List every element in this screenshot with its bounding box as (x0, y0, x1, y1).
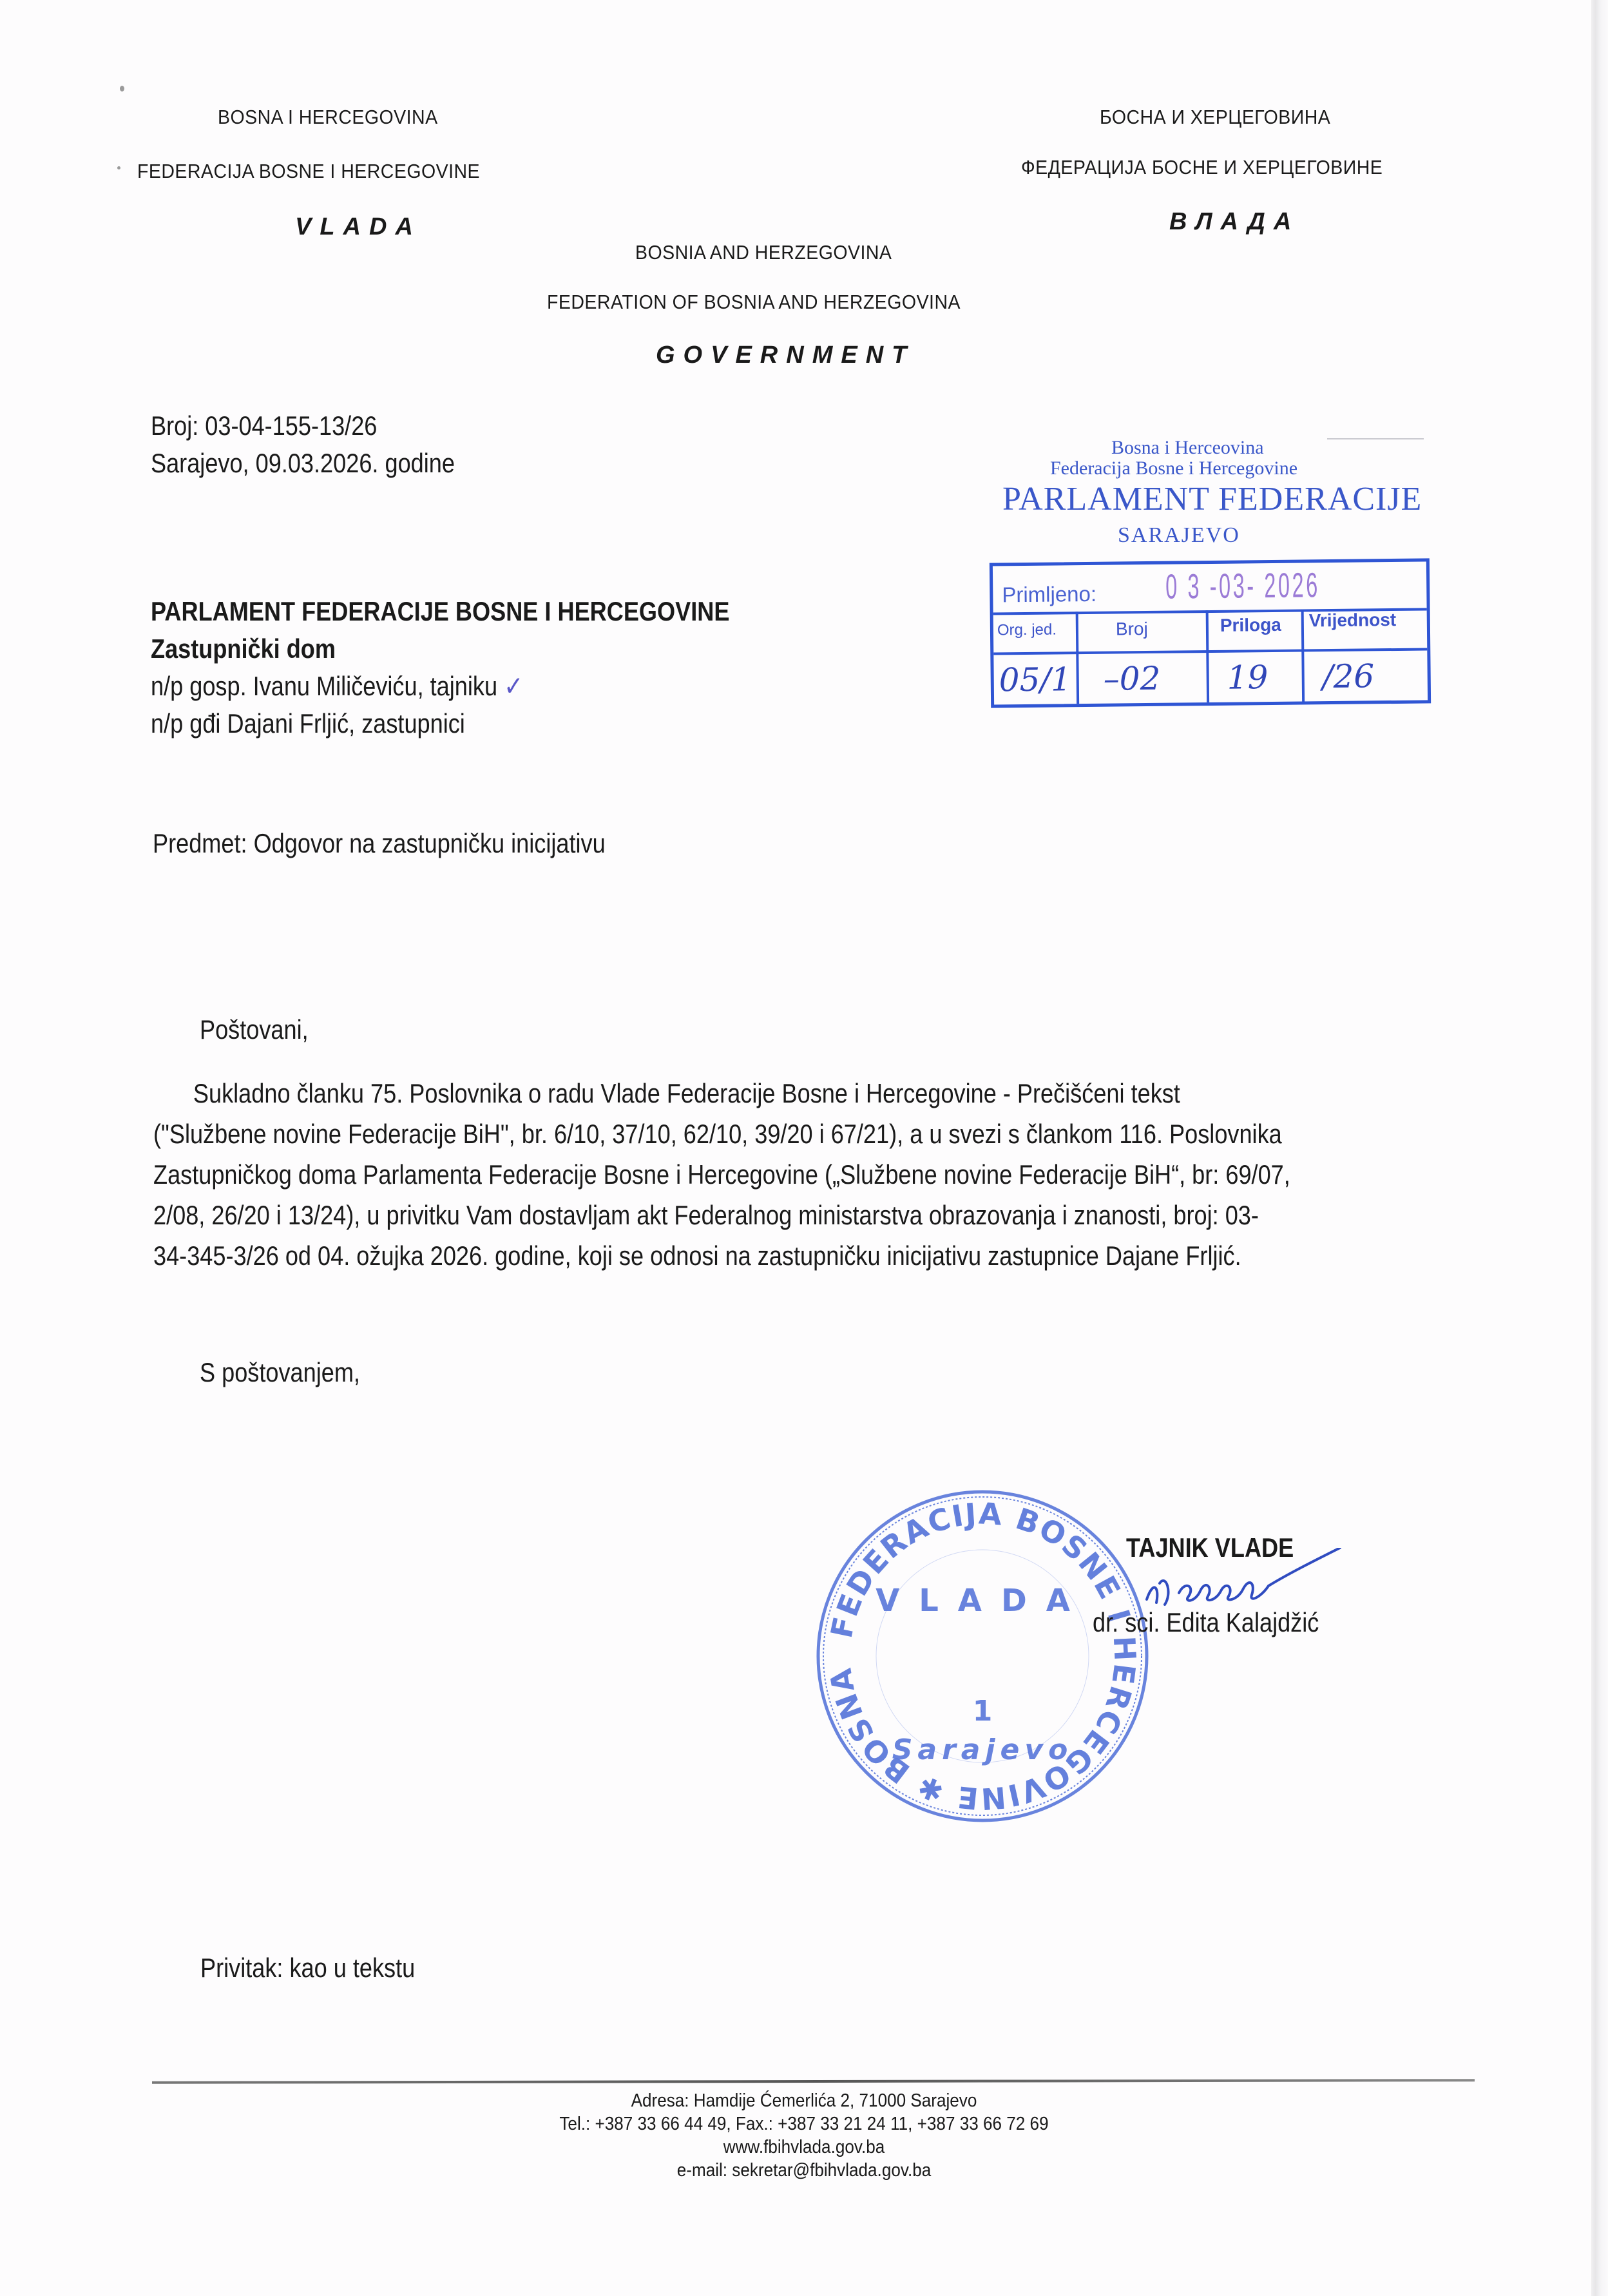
received-row: Primljeno: 0 3 -03- 2026 (993, 561, 1427, 615)
handwritten-attachments: 19 (1227, 659, 1268, 697)
recipient-house: Zastupnički dom (151, 630, 729, 668)
letterhead-center-body: GOVERNMENT (656, 342, 915, 369)
footer-email[interactable]: e-mail: sekretar@fbihvlada.gov.ba (81, 2159, 1527, 2182)
footer-divider (152, 2079, 1475, 2084)
received-registry-box: Primljeno: 0 3 -03- 2026 Org. jed. Broj … (990, 558, 1431, 708)
body-line: 34-345-3/26 od 04. ožujka 2026. godine, … (153, 1235, 1268, 1276)
letterhead-right-entity: ФЕДЕРАЦИЈА БОСНЕ И ХЕРЦЕГОВИНЕ (1021, 156, 1383, 179)
recipient-attn-representative: n/p gđi Dajani Frljić, zastupnici (151, 705, 729, 742)
scan-page-edge (1591, 0, 1608, 2296)
letterhead-left-entity: FEDERACIJA BOSNE I HERCEGOVINE (137, 160, 480, 183)
document-number: Broj: 03-04-155-13/26 (151, 407, 455, 445)
row-divider (993, 648, 1427, 655)
handwritten-number: –02 (1103, 660, 1160, 698)
col-divider (1301, 609, 1305, 701)
footer-website[interactable]: www.fbihvlada.gov.ba (81, 2136, 1527, 2159)
recipient-institution: PARLAMENT FEDERACIJE BOSNE I HERCEGOVINE (151, 593, 729, 630)
stamp-line-city: SARAJEVO (1118, 523, 1240, 548)
letterhead-center-entity: FEDERATION OF BOSNIA AND HERZEGOVINA (547, 291, 961, 314)
recipient-attn-secretary: n/p gosp. Ivanu Miličeviću, tajniku ✓ (151, 668, 729, 705)
stamp-line-entity: Federacija Bosne i Hercegovine (1050, 458, 1297, 479)
scan-speck (120, 86, 124, 92)
footer-phones: Tel.: +387 33 66 44 49, Fax.: +387 33 21… (81, 2112, 1527, 2136)
svg-text:1: 1 (973, 1695, 993, 1728)
body-line: Sukladno članku 75. Poslovnika o radu Vl… (153, 1073, 1268, 1114)
stamp-line-country: Bosna i Herceovina (1111, 437, 1264, 459)
header-attachments: Priloga (1220, 615, 1282, 653)
checkmark-icon: ✓ (504, 671, 523, 701)
svg-text:VLADA: VLADA (876, 1583, 1089, 1619)
salutation: Poštovani, (200, 1014, 309, 1045)
letterhead-right-body: ВЛАДА (1169, 208, 1299, 236)
scan-speck (117, 166, 120, 169)
received-label: Primljeno: (1002, 582, 1096, 608)
letterhead-left-body: VLADA (295, 213, 421, 241)
col-divider (1076, 612, 1079, 704)
body-line: 2/08, 26/20 i 13/24), u privitku Vam dos… (153, 1195, 1268, 1235)
attachment-note: Privitak: kao u tekstu (200, 1953, 415, 1983)
body-line: Zastupničkog doma Parlamenta Federacije … (153, 1154, 1268, 1195)
handwritten-value: /26 (1322, 657, 1374, 695)
header-value: Vrijednost (1309, 610, 1397, 648)
footer-contact: Adresa: Hamdije Ćemerlića 2, 71000 Saraj… (0, 2089, 1608, 2182)
document-place-date: Sarajevo, 09.03.2026. godine (151, 445, 455, 482)
handwritten-org-unit: 05/1 (999, 661, 1071, 699)
stamp-dash (1327, 438, 1424, 439)
subject-line: Predmet: Odgovor na zastupničku inicijat… (153, 828, 606, 859)
signatory-name: dr. sci. Edita Kalajdžić (1093, 1607, 1319, 1638)
closing: S poštovanjem, (200, 1357, 360, 1388)
letterhead-right-country: БОСНА И ХЕРЦЕГОВИНА (1100, 106, 1330, 129)
recipient-block: PARLAMENT FEDERACIJE BOSNE I HERCEGOVINE… (151, 593, 729, 742)
received-date: 0 3 -03- 2026 (1165, 565, 1320, 607)
body-paragraph: Sukladno članku 75. Poslovnika o radu Vl… (153, 1073, 1450, 1276)
document-meta: Broj: 03-04-155-13/26 Sarajevo, 09.03.20… (151, 407, 455, 482)
col-divider (1206, 610, 1209, 702)
letterhead-center-country: BOSNIA AND HERZEGOVINA (635, 241, 892, 264)
svg-text:Sarajevo: Sarajevo (892, 1733, 1073, 1766)
stamp-line-parliament: PARLAMENT FEDERACIJE (1002, 480, 1422, 518)
footer-address: Adresa: Hamdije Ćemerlića 2, 71000 Saraj… (81, 2089, 1527, 2112)
body-line: ("Službene novine Federacije BiH", br. 6… (153, 1114, 1268, 1154)
government-seal-icon: FEDERACIJA BOSNE I HERCEGOVINE ✱ BOSNA I… (809, 1482, 1156, 1830)
letterhead-left-country: BOSNA I HERCEGOVINA (218, 106, 438, 129)
